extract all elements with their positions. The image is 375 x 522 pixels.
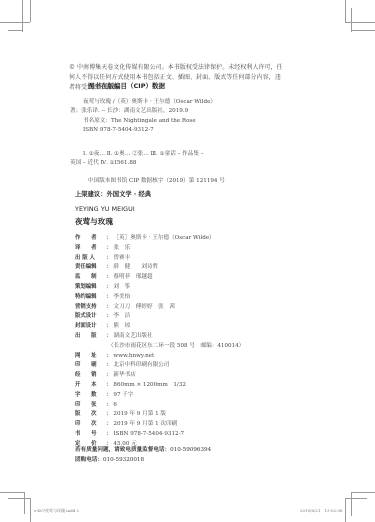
- credit-label: 经 销: [75, 371, 106, 381]
- quality-hotline-label: 若有质量问题，请致电质量监督电话：: [75, 447, 170, 453]
- group-purchase-label: 团购电话：: [75, 457, 103, 463]
- contact-notes: 若有质量问题，请致电质量监督电话：010-59096394 团购电话：010-5…: [75, 446, 211, 465]
- credit-row: 封面设计：熊 琼: [75, 322, 244, 332]
- book-title-pinyin: YEYING YU MEIGUI: [75, 206, 135, 213]
- credit-label: 营销支持: [75, 303, 106, 313]
- crop-mark: [345, 0, 346, 22]
- crop-mark: [345, 22, 375, 23]
- credit-row: 策划编辑：刘 筝: [75, 283, 244, 293]
- credit-value: 2019 年 9 月第 1 版: [111, 410, 166, 420]
- cip-line: Ⅰ. ①夜… Ⅱ. ①奥… ②张… Ⅲ. ①童话 – 作品集 –: [83, 150, 204, 159]
- credit-value: ［英］奥斯卡 · 王尔德（Oscar Wilde）: [111, 234, 214, 244]
- quality-hotline-phone: 010-59096394: [170, 447, 211, 453]
- cip-line: 著；张乐译. -- 长沙：湖南文艺出版社，2019.9: [70, 107, 216, 116]
- credit-value: 李美怡: [111, 293, 130, 303]
- credit-label: 监 制: [75, 273, 106, 283]
- credit-label: 责任编辑: [75, 263, 106, 273]
- credit-row: 书 号：ISBN 978-7-5404-9312-7: [75, 430, 244, 440]
- credit-label: 网 址: [75, 352, 106, 362]
- crop-mark: [351, 8, 352, 32]
- credit-label: 开 本: [75, 381, 106, 391]
- credit-label: 出 版: [75, 332, 106, 342]
- credit-row: 印 次：2019 年 9 月第 1 次印刷: [75, 420, 244, 430]
- cip-title: 图书在版编目（CIP）数据: [88, 81, 165, 90]
- credit-row: 版 次：2019 年 9 月第 1 版: [75, 410, 244, 420]
- credit-label: 策划编辑: [75, 283, 106, 293]
- crop-mark: [0, 492, 24, 493]
- quality-hotline: 若有质量问题，请致电质量监督电话：010-59096394: [75, 446, 211, 456]
- crop-mark: [30, 498, 31, 522]
- slug-filename: s-407夜莺与玫瑰.indd 2: [34, 508, 79, 514]
- credit-value: 刘 筝: [111, 283, 130, 293]
- credit-row: 出 版 人：曾赛丰: [75, 254, 244, 264]
- shelf-suggestion: 上架建议：外国文学 · 经典: [75, 189, 151, 198]
- crop-mark: [0, 22, 30, 23]
- credit-value: 曾赛丰: [111, 254, 130, 264]
- credit-value: 新华书店: [111, 371, 135, 381]
- cip-line: 英国 – 近代 Ⅳ. ①I561.88: [70, 159, 204, 168]
- cip-entry: 夜莺与玫瑰 /（英）奥斯卡 · 王尔德（Oscar Wilde） 著；张乐译. …: [83, 98, 216, 136]
- credit-row: 印 刷：北京中科印刷有限公司: [75, 361, 244, 371]
- credit-row: 责任编辑：薛 健 刘诗哲: [75, 263, 244, 273]
- crop-mark: [345, 498, 346, 522]
- credit-row: 开 本：860mm × 1200mm 1/32: [75, 381, 244, 391]
- credit-row: 监 制：蔡明菲 邢越超: [75, 273, 244, 283]
- credit-value: 2019 年 9 月第 1 次印刷: [111, 420, 177, 430]
- crop-mark: [351, 30, 375, 31]
- crop-mark: [24, 492, 25, 514]
- credit-value: 薛 健 刘诗哲: [111, 263, 158, 273]
- crop-mark: [30, 0, 31, 22]
- credit-label: 版 次: [75, 410, 106, 420]
- credit-value: 文刀刀 傅婷婷 张 茜: [111, 303, 175, 313]
- credit-value: 860mm × 1200mm 1/32: [111, 381, 186, 391]
- credit-label: 封面设计: [75, 322, 106, 332]
- group-purchase-hotline: 团购电话：010-59320018: [75, 456, 211, 466]
- credit-value: 熊 琼: [111, 322, 130, 332]
- credit-label: 出 版 人: [75, 254, 106, 264]
- crop-mark: [351, 492, 352, 516]
- credit-row: 版式设计：李 洁: [75, 312, 244, 322]
- credit-label: 书 号: [75, 430, 106, 440]
- credit-row: 作 者：［英］奥斯卡 · 王尔德（Oscar Wilde）: [75, 234, 244, 244]
- credit-value: 李 洁: [111, 312, 130, 322]
- credit-label: 特约编辑: [75, 293, 106, 303]
- cip-classification: Ⅰ. ①夜… Ⅱ. ①奥… ②张… Ⅲ. ①童话 – 作品集 – 英国 – 近代…: [83, 150, 204, 169]
- group-purchase-phone: 010-59320018: [103, 457, 144, 463]
- cip-line: ISBN 978-7-5404-9312-7: [83, 126, 216, 135]
- credit-value: 湖南文艺出版社: [111, 332, 152, 342]
- credit-value: 张 乐: [111, 244, 130, 254]
- crop-mark: [351, 492, 375, 493]
- cip-record-number: 中国版本图书馆 CIP 数据核字（2019）第 121194 号: [88, 176, 225, 184]
- cip-line: 书名原文：The Nightingale and the Rose: [83, 117, 216, 126]
- crop-mark: [8, 498, 30, 499]
- credit-label: 字 数: [75, 391, 106, 401]
- credit-label: 印 刷: [75, 361, 106, 371]
- credit-row: 营销支持：文刀刀 傅婷婷 张 茜: [75, 303, 244, 313]
- credit-row: 译 者：张 乐: [75, 244, 244, 254]
- credit-value: 6: [111, 401, 117, 411]
- credit-label: 印 次: [75, 420, 106, 430]
- crop-mark: [345, 498, 367, 499]
- credit-value: 蔡明菲 邢越超: [111, 273, 152, 283]
- credit-row: 印 张：6: [75, 401, 244, 411]
- publisher-address: （长沙市雨花区东二环一段 508 号 邮编：410014）: [75, 342, 244, 352]
- credit-row: 经 销：新华书店: [75, 371, 244, 381]
- crop-mark: [8, 30, 22, 31]
- credit-label: 译 者: [75, 244, 106, 254]
- credit-row: 特约编辑：李美怡: [75, 293, 244, 303]
- credit-value: www.hnwy.net: [111, 352, 154, 362]
- credit-label: 印 张: [75, 401, 106, 411]
- crop-mark: [22, 0, 23, 32]
- credit-value: ISBN 978-7-5404-9312-7: [111, 430, 184, 440]
- credit-label: 版式设计: [75, 312, 106, 322]
- credit-label: 作 者: [75, 234, 106, 244]
- cip-line: 夜莺与玫瑰 /（英）奥斯卡 · 王尔德（Oscar Wilde）: [83, 98, 216, 107]
- credits-list: 作 者：［英］奥斯卡 · 王尔德（Oscar Wilde） 译 者：张 乐 出 …: [75, 234, 244, 450]
- credit-row: 出 版：湖南文艺出版社: [75, 332, 244, 342]
- credit-row: 字 数：97 千字: [75, 391, 244, 401]
- credit-value: 97 千字: [111, 391, 133, 401]
- slug-timestamp: 2019/8/21 13:02:36: [300, 508, 342, 514]
- credit-value: 北京中科印刷有限公司: [111, 361, 169, 371]
- book-title: 夜莺与玫瑰: [75, 216, 113, 227]
- copyright-line: © 中南博集天卷文化传媒有限公司。本书版权受法律保护。未经权利人许可，任: [69, 63, 314, 73]
- credit-row: 网 址：www.hnwy.net: [75, 352, 244, 362]
